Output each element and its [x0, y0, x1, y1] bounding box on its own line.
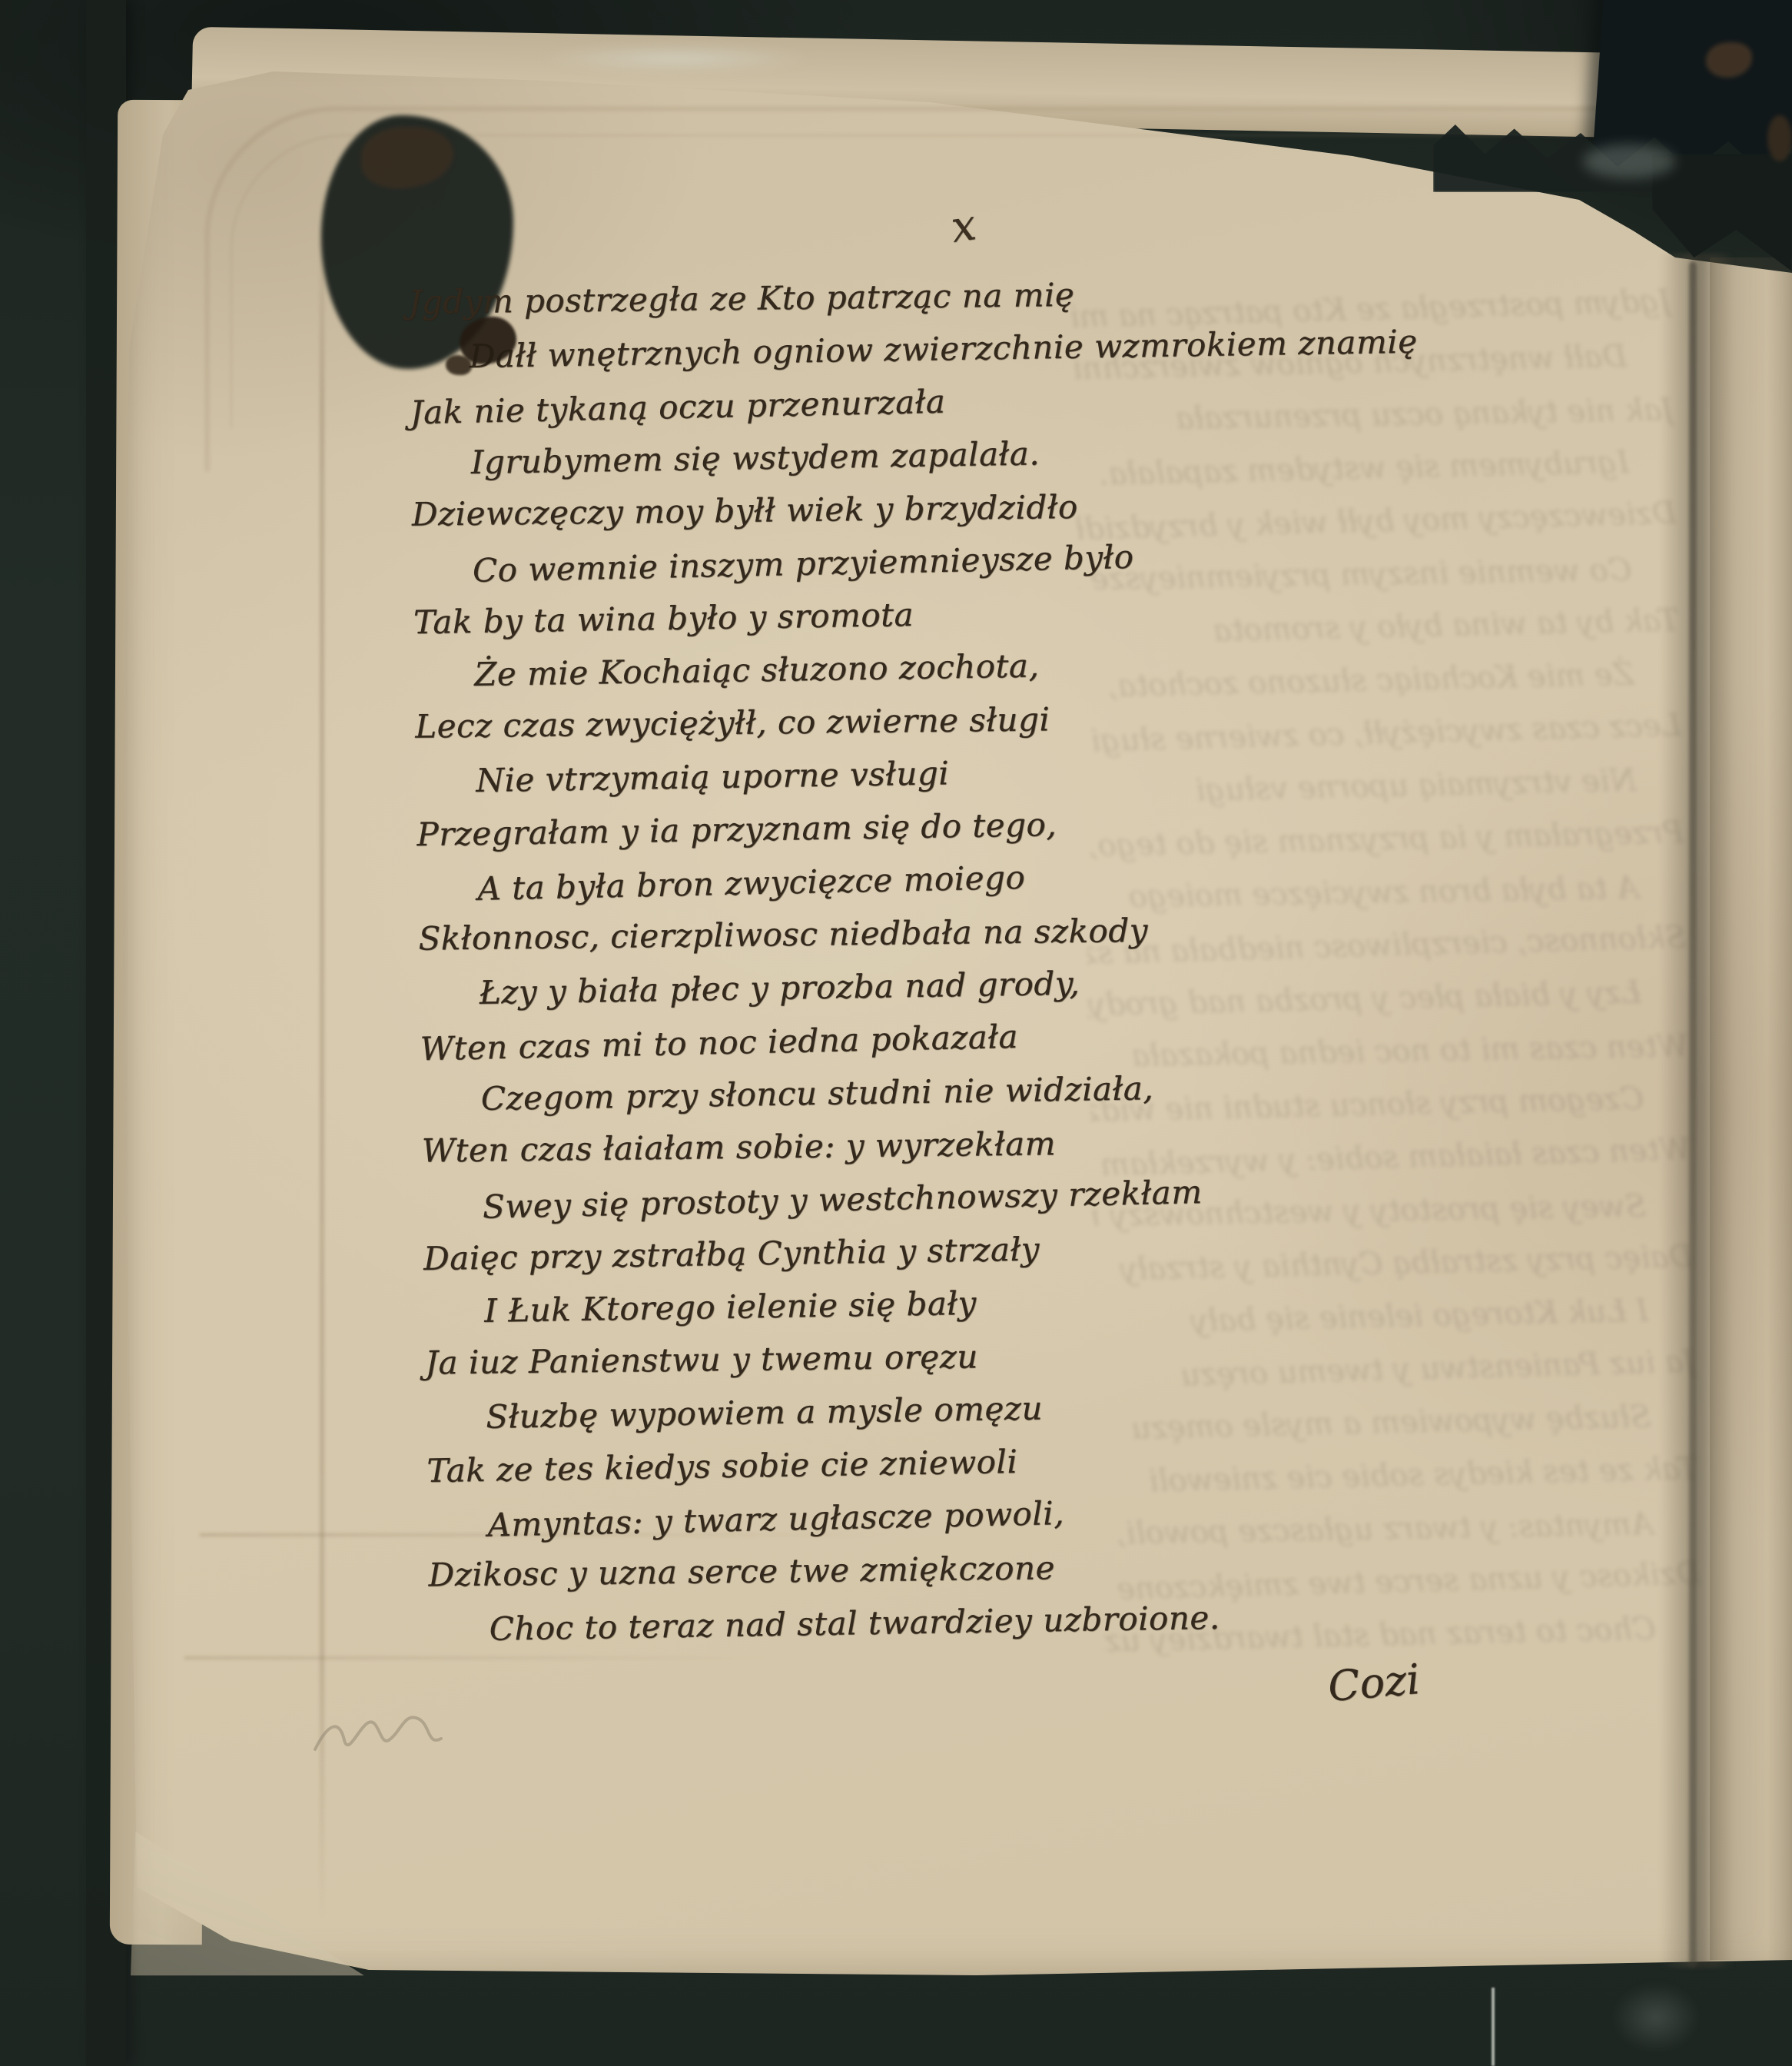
- page-curve-into-binding: [1710, 257, 1792, 1960]
- leather-dust-smear: [1583, 144, 1675, 178]
- catchword: Cozi: [1326, 1655, 1422, 1711]
- manuscript-line: Lecz czas zwyciężyłł, co zwierne sługi: [415, 689, 1307, 752]
- manuscript-line: Dzikosc y uzna serce twe zmiękczone: [428, 1538, 1320, 1601]
- manuscript-line: Jgdym postrzegła ze Kto patrząc na mię: [408, 266, 1300, 329]
- leather-worn-spot: [1767, 115, 1792, 161]
- vertical-fold-crease: [320, 200, 324, 1922]
- ink-blot-small: [446, 355, 472, 375]
- gutter-crease-line: [1689, 261, 1697, 1968]
- scan-scratch: [1492, 1988, 1495, 2066]
- gutter-smudge: [1598, 1971, 1714, 2064]
- page-edge-highlight: [492, 40, 861, 77]
- manuscript-line: Ja iuz Panienstwu y twemu oręzu: [425, 1326, 1317, 1389]
- pencil-mark: [306, 1676, 467, 1775]
- manuscript-line: Skłonnosc, cierzpliwosc niedbała na szko…: [418, 902, 1310, 965]
- horizontal-crease: [184, 1656, 768, 1659]
- poem-text-block: Jgdym postrzegła ze Kto patrząc na mięDa…: [408, 264, 1321, 1656]
